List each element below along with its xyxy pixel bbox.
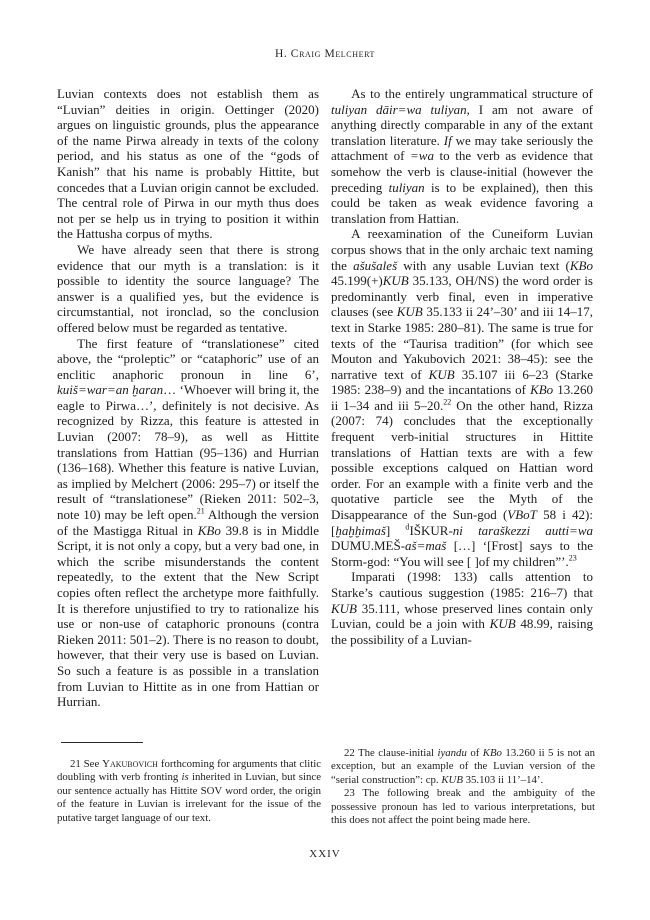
paragraph: Imparati (1998: 133) calls attention to …	[331, 569, 593, 647]
page-number: XXIV	[0, 848, 650, 860]
paragraph: The first feature of “translationese” ci…	[57, 336, 319, 710]
footnote: 22 The clause-initial iyandu of KBo 13.2…	[331, 747, 595, 787]
paragraph: We have already seen that there is stron…	[57, 242, 319, 336]
footnotes-left: 21 See Yakubovich forthcoming for argume…	[57, 742, 321, 825]
footnote: 23 The following break and the ambiguity…	[331, 787, 595, 827]
column-left: Luvian contexts does not establish them …	[57, 86, 319, 710]
footnotes-right: 22 The clause-initial iyandu of KBo 13.2…	[331, 747, 595, 827]
paragraph: As to the entirely ungrammatical structu…	[331, 86, 593, 226]
paragraph: A reexamination of the Cuneiform Luvian …	[331, 226, 593, 569]
footnote: 21 See Yakubovich forthcoming for argume…	[57, 758, 321, 825]
running-header: H. Craig Melchert	[0, 48, 650, 60]
paper-page: H. Craig Melchert Luvian contexts does n…	[0, 0, 650, 920]
footnote-rule	[61, 742, 143, 743]
column-right: As to the entirely ungrammatical structu…	[331, 86, 593, 647]
paragraph: Luvian contexts does not establish them …	[57, 86, 319, 242]
